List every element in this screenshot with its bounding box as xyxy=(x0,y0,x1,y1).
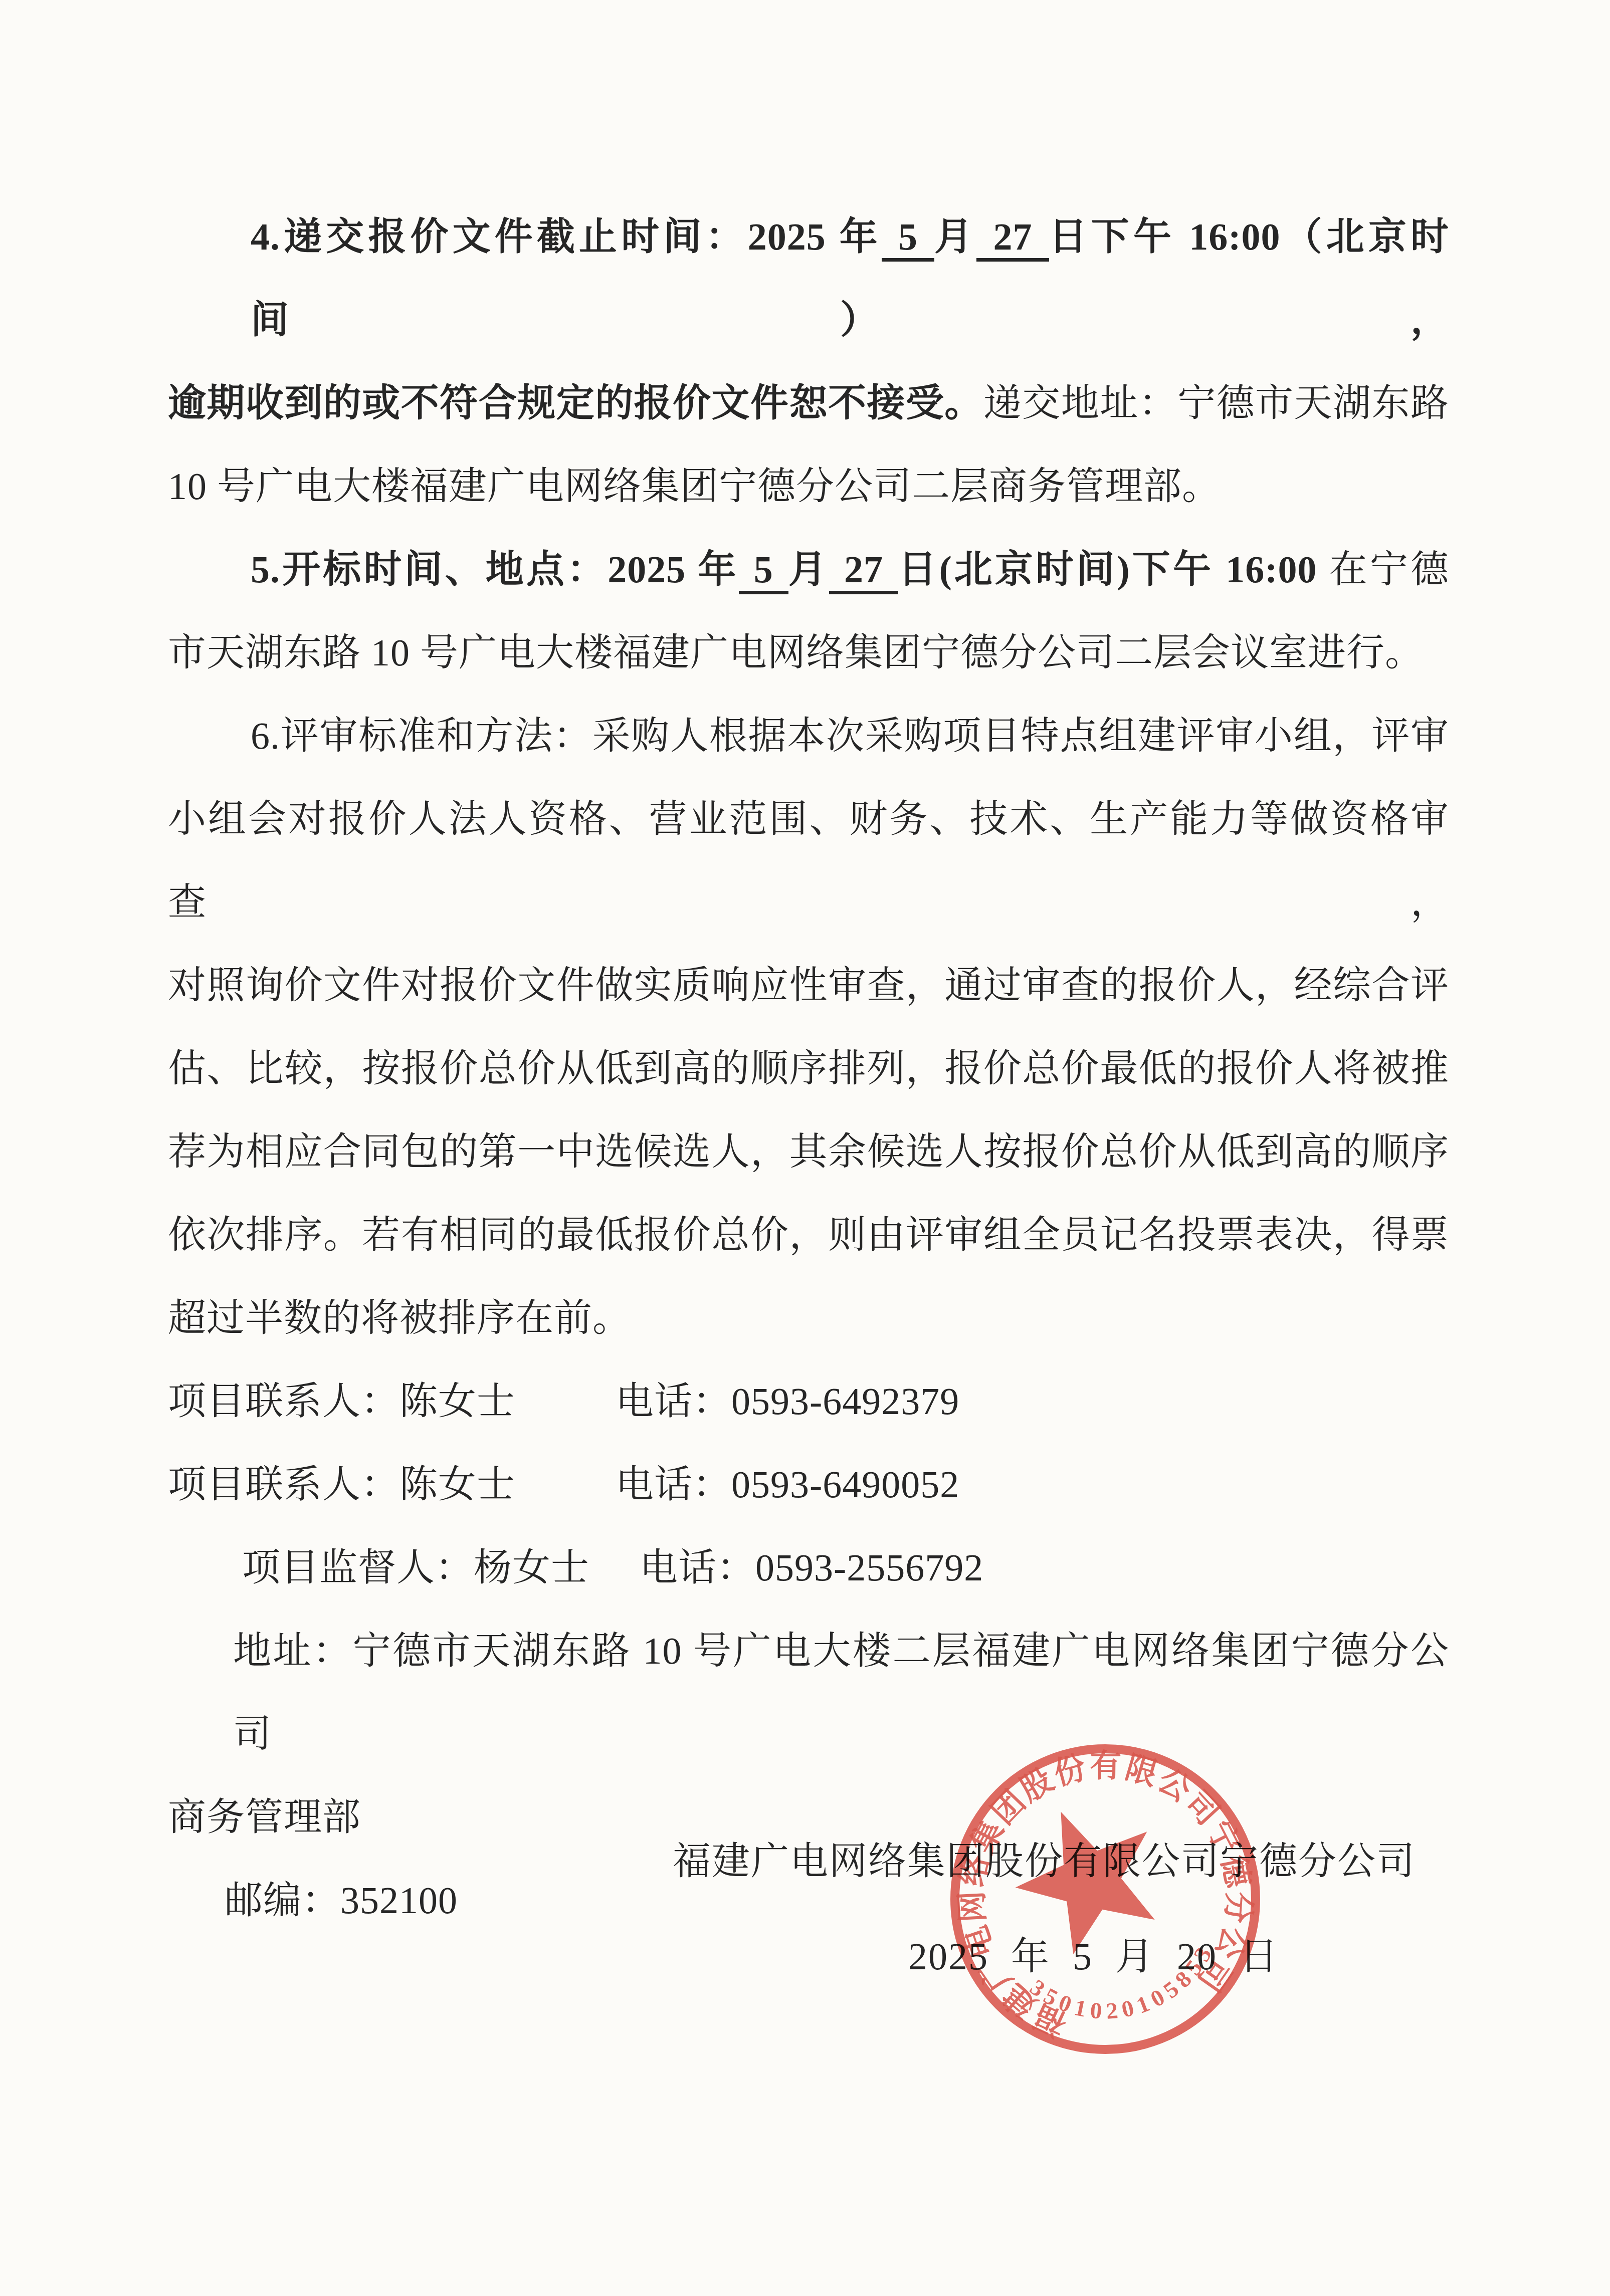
contact-label: 项目联系人：陈女士 xyxy=(168,1464,515,1506)
item6-line3: 对照询价文件对报价文件做实质响应性审查，通过审查的报价人，经综合评 xyxy=(168,944,1449,1027)
company-seal: 福建广电网络集团股份有限公司宁德分公司 3501020105853 xyxy=(942,1734,1268,2064)
item4-month-char: 月 xyxy=(934,216,976,258)
supervisor-label: 项目监督人：杨女士 xyxy=(242,1547,589,1589)
document-body: 4.递交报价文件截止时间：2025 年 5 月 27 日下午 16:00（北京时… xyxy=(168,195,1449,1942)
item6-line2: 小组会对报价人法人资格、营业范围、财务、技术、生产能力等做资格审查， xyxy=(168,778,1449,944)
item5-line2: 市天湖东路 10 号广电大楼福建广电网络集团宁德分公司二层会议室进行。 xyxy=(168,611,1449,695)
item6-line5: 荐为相应合同包的第一中选候选人，其余候选人按报价总价从低到高的顺序 xyxy=(168,1110,1449,1194)
item4-address-intro: 递交地址：宁德市天湖东路 xyxy=(983,382,1449,424)
contact-phone: 电话：0593-6490052 xyxy=(616,1464,959,1506)
item6-line4: 估、比较，按报价总价从低到高的顺序排列，报价总价最低的报价人将被推 xyxy=(168,1027,1449,1110)
item5-line1: 5.开标时间、地点：2025 年 5 月 27 日(北京时间)下午 16:00 … xyxy=(168,528,1449,611)
item5-header: 5.开标时间、地点：2025 年 xyxy=(251,549,739,591)
item6-line1: 6.评审标准和方法：采购人根据本次采购项目特点组建评审小组，评审 xyxy=(168,695,1449,778)
item4-reject-bold: 逾期收到的或不符合规定的报价文件恕不接受。 xyxy=(168,382,983,424)
contact-row: 项目联系人：陈女士电话：0593-6490052 xyxy=(168,1443,1449,1526)
item5-month-underlined: 5 xyxy=(739,549,788,594)
item5-time-text: 日(北京时间)下午 16:00 xyxy=(898,549,1317,591)
item4-line1: 4.递交报价文件截止时间：2025 年 5 月 27 日下午 16:00（北京时… xyxy=(168,195,1449,362)
contact-row: 项目联系人：陈女士电话：0593-6492379 xyxy=(168,1360,1449,1443)
item4-text: 4.递交报价文件截止时间：2025 年 xyxy=(251,216,882,258)
item4-line2: 逾期收到的或不符合规定的报价文件恕不接受。递交地址：宁德市天湖东路 xyxy=(168,362,1449,445)
item5-day-underlined: 27 xyxy=(829,549,898,594)
contact-label: 项目联系人：陈女士 xyxy=(168,1381,515,1423)
scanned-document-page: 4.递交报价文件截止时间：2025 年 5 月 27 日下午 16:00（北京时… xyxy=(0,0,1610,2296)
item5-month-char: 月 xyxy=(788,549,829,591)
item6-line6: 依次排序。若有相同的最低报价总价，则由评审组全员记名投票表决，得票 xyxy=(168,1194,1449,1277)
contact-phone: 电话：0593-6492379 xyxy=(616,1381,959,1423)
contact-row: 项目监督人：杨女士电话：0593-2556792 xyxy=(168,1526,1449,1610)
item4-month-underlined: 5 xyxy=(882,216,934,262)
item5-location-text: 在宁德 xyxy=(1317,549,1449,591)
supervisor-phone: 电话：0593-2556792 xyxy=(640,1547,983,1589)
item4-line3: 10 号广电大楼福建广电网络集团宁德分公司二层商务管理部。 xyxy=(168,445,1449,528)
item6-line7: 超过半数的将被排序在前。 xyxy=(168,1277,1449,1360)
item4-day-underlined: 27 xyxy=(976,216,1049,262)
